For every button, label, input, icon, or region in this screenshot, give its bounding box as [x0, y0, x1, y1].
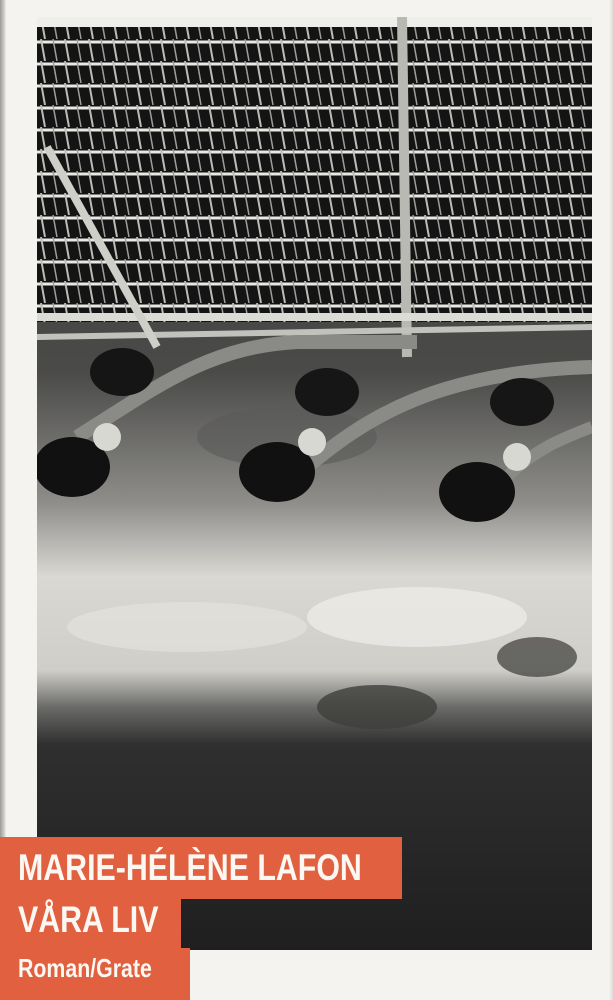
book-title: VÅRA LIV: [0, 898, 181, 950]
book-title-text: VÅRA LIV: [18, 898, 158, 942]
publisher-line-text: Roman/Grate: [18, 948, 152, 988]
cover-right-edge: [609, 0, 613, 1000]
author-name-text: MARIE-HÉLÈNE LAFON: [18, 837, 362, 899]
cover-photo-shopping-carts: [37, 17, 592, 950]
author-name: MARIE-HÉLÈNE LAFON: [0, 837, 402, 899]
publisher-line: Roman/Grate: [0, 948, 190, 1000]
